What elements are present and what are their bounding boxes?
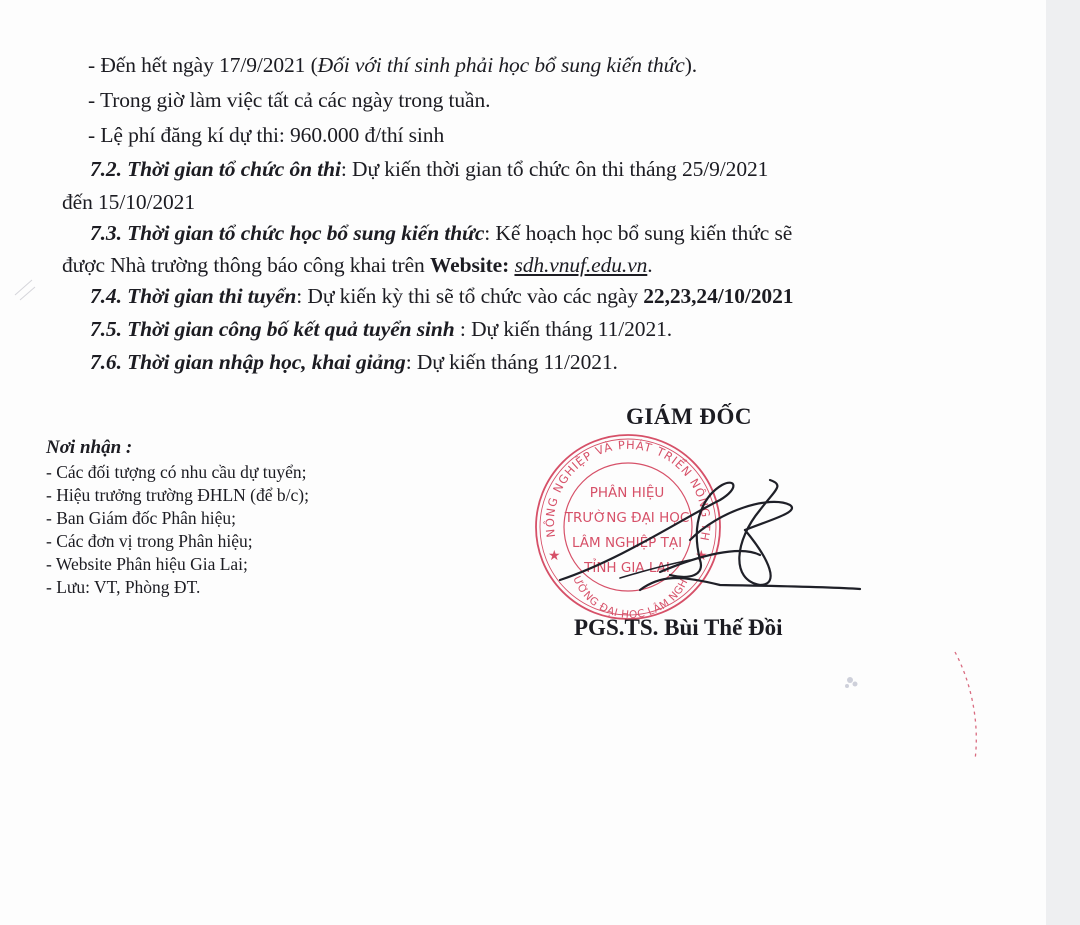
document-page: - Đến hết ngày 17/9/2021 (Đối với thí si… [0, 0, 1046, 925]
svg-text:BỘ NÔNG NGHIỆP VÀ PHÁT TRIỂN N: BỘ NÔNG NGHIỆP VÀ PHÁT TRIỂN NÔNG THÔN [0, 0, 713, 544]
svg-text:TRƯỜNG ĐẠI HỌC: TRƯỜNG ĐẠI HỌC [564, 508, 690, 526]
seal-and-signature: BỘ NÔNG NGHIỆP VÀ PHÁT TRIỂN NÔNG THÔN T… [0, 0, 1046, 925]
svg-text:TRƯỜNG ĐẠI HỌC LÂM NGHIỆP: TRƯỜNG ĐẠI HỌC LÂM NGHIỆP [0, 0, 692, 621]
signatory-name: PGS.TS. Bùi Thế Đồi [574, 615, 783, 641]
svg-text:PHÂN HIỆU: PHÂN HIỆU [590, 483, 664, 501]
faint-seal-edge-icon [955, 652, 976, 760]
right-edge-margin [1046, 0, 1080, 925]
official-seal-icon: BỘ NÔNG NGHIỆP VÀ PHÁT TRIỂN NÔNG THÔN T… [0, 0, 720, 621]
svg-text:★: ★ [548, 548, 561, 564]
svg-text:LÂM NGHIỆP TẠI: LÂM NGHIỆP TẠI [572, 533, 682, 551]
